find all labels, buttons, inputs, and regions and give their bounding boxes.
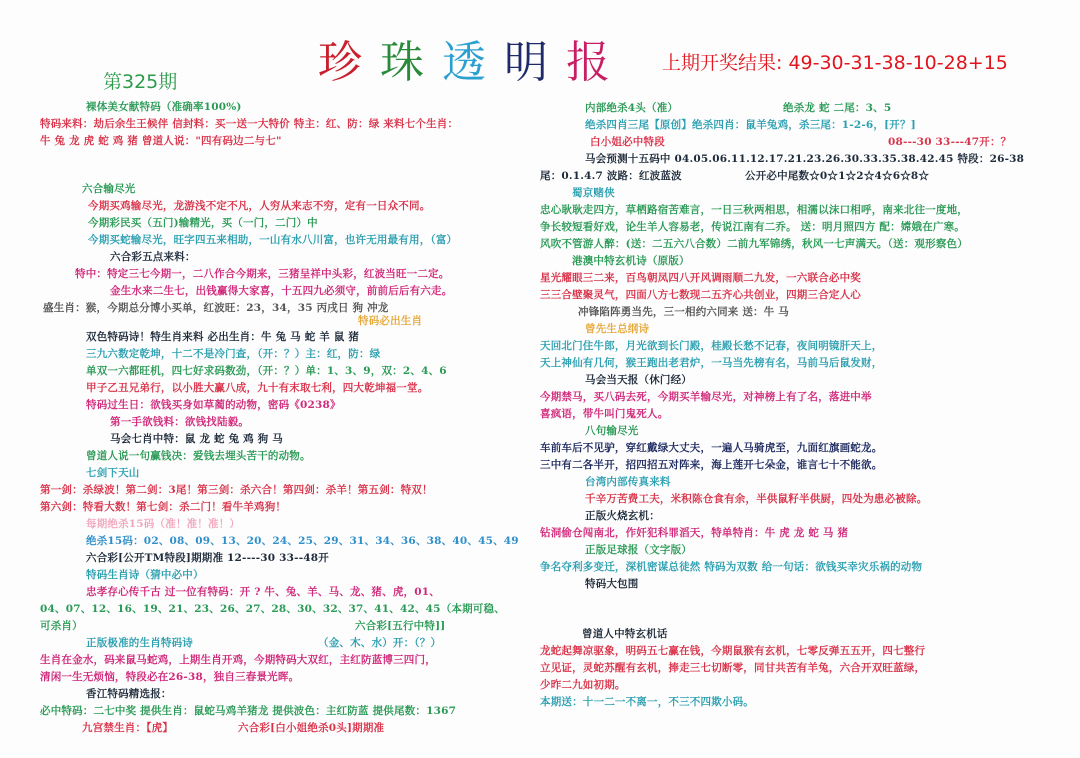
left-line-30a: 可杀肖） (40, 620, 83, 633)
right-line-26: 钻洞偷仓闯南北，作奸犯科罪滔天，特单特肖：牛 虎 龙 蛇 马 猪 (540, 527, 848, 540)
left-line-36b: 六合彩[白小姐绝杀0头]期期准 (238, 722, 384, 735)
right-line-11: 星光耀眼三二来，百鸟朝凤四八开风调雨顺二九发，一六联合必中奖 (540, 272, 861, 285)
right-line-31: 龙蛇起舞凉驱象，明码五七赢在钱，今期鼠猴有玄机，七零反弹五五开，四七整行 (540, 645, 925, 658)
right-line-6: 蜀京赌侠 (572, 187, 615, 200)
right-line-10: 港澳中特玄机诗（原版） (572, 255, 690, 268)
right-line-20: 八句输尽光 (585, 425, 639, 438)
right-line-1a: 内部绝杀4头（准） (585, 102, 678, 115)
left-line-2: 特码来料：劫后余生王候伴 信封料：买一送一大特价 特主：红、防：绿 来料七个生肖… (40, 118, 458, 131)
left-line-3: 牛 兔 龙 虎 蛇 鸡 猪 曾道人说："四有码边二与七" (40, 135, 282, 148)
left-line-5: 今期买鸡输尽光，龙游浅不定不凡，人穷从来志不穷，定有一日众不同。 (88, 200, 430, 213)
right-line-27: 正版足球报（文字版） (585, 544, 692, 557)
left-line-13: 双色特码诗！特生肖来料 必出生肖：牛 兔 马 蛇 羊 鼠 猪 (86, 331, 359, 344)
left-line-34: 香江特码精选报： (86, 688, 172, 701)
right-line-8: 争长较短看好戏，论生羊人容易老，传说江南有二乔。 送：明月照四方 配：嫦娥在广寒… (540, 221, 965, 234)
right-line-5a: 尾：0.1.4.7 波路：红波蓝波 (540, 170, 682, 183)
right-line-21: 车前车后不见驴，穿红戴绿大丈夫，一遍人马骑虎至，九面红旗画蛇龙。 (540, 442, 882, 455)
right-line-18: 今期禁马，买八码去死，今期买羊输尽光，对神榜上有了名，落进中举 (540, 391, 872, 404)
left-line-4: 六合输尽光 (82, 183, 136, 196)
left-line-28: 忠孝存心传千古 过一位有特码：开 ? 牛、兔、羊、马、龙、猪、虎，01、 (86, 586, 440, 599)
right-line-14: 曾先生总纲诗 (585, 323, 649, 336)
right-line-34: 本期送：十一二一不离一，不三不四欺小码。 (540, 696, 754, 709)
right-line-25: 正版火烧玄机： (585, 510, 660, 523)
title-char-3: 透 (442, 38, 496, 88)
right-line-3b: 08---30 33---47开：？ (888, 136, 1011, 149)
left-line-27: 特码生肖诗（猜中必中） (86, 569, 204, 582)
left-line-1: 裸体美女献特码（准确率100%) (86, 101, 242, 114)
left-line-32: 生肖在金水，码来鼠马蛇鸡，上期生肖开鸡，今期特码大双红，主红防蓝博三四门， (40, 654, 436, 667)
left-line-36a: 九宫禁生肖：【虎】 (82, 722, 173, 735)
left-line-8: 六合彩五点来料： (110, 251, 196, 264)
left-line-29: 04、07、12、16、19、21、23、26、27、28、30、32、37、4… (40, 603, 505, 616)
left-line-17: 特码过生日：欲钱买身如草蔺的动物，密码《0238》 (86, 399, 341, 412)
left-line-30b: 六合彩[五行中特]] (355, 620, 445, 633)
right-line-33: 少昨二九如初期。 (540, 679, 626, 692)
left-line-22: 第一剑：杀绿波！第二剑：3尾！第三剑：杀六合！第四剑：杀羊！第五剑：特双！ (40, 484, 433, 497)
title-char-1: 珍 (318, 38, 372, 88)
right-line-24: 千辛万苦费工夫，米积陈仓食有余，半供鼠籽半供厨，四处为患必被除。 (585, 493, 927, 506)
left-line-20: 曾道人说一句赢钱决：爱钱去埋头苦干的动物。 (86, 450, 311, 463)
title-char-4: 明 (504, 38, 558, 88)
right-line-1b: 绝杀龙 蛇 二尾：3、5 (783, 102, 891, 115)
title-char-5: 报 (566, 38, 620, 88)
right-line-9: 风吹不管游人醉：(送：二五六八合数）二前九军锦绣，秋风一七声满天。（送：观形察色… (540, 238, 968, 251)
left-line-6: 今期彩民买（五门)输精光，买（一门，二门）中 (88, 217, 318, 230)
left-line-11: 盛生肖：猴，今期总分博小买单，红波旺：23，34，35 丙戌日 狗 冲龙 (43, 302, 389, 315)
right-line-16: 天上神仙有几何，猴王跑出老君炉，一马当先榜有名，马前马后鼠发财， (540, 357, 882, 370)
left-line-16: 甲子乙丑兄弟行，以小胜大赢八成，九十有末取七利，四大乾坤福一堂。 (86, 382, 428, 395)
left-line-24: 每期绝杀15码（准！准！准！） (86, 518, 240, 531)
right-line-17: 马会当天报（休门经） (585, 374, 692, 387)
left-line-26: 六合彩[公开TM特段]期期准 12----30 33--48开 (86, 552, 329, 565)
right-line-7: 忠心耿耿走四方，草栖路宿苦难言，一日三秋两相思，相濡以沫口相呼，南来北往一度地， (540, 204, 968, 217)
left-line-14: 三九六数定乾坤，十二不是冷门查，（开：？）主：红，防：绿 (86, 348, 380, 361)
title-char-2: 珠 (380, 38, 434, 88)
right-line-23: 台湾内部传真来料 (585, 476, 671, 489)
left-line-31a: 正版极准的生肖特码诗 (86, 637, 193, 650)
newspaper-title: 珍珠透明报 (318, 38, 628, 88)
left-line-9: 特中：特定三七今期一，二八作合今期来，三猪呈祥中头彩，红波当旺一二定。 (75, 268, 450, 281)
left-line-7: 今期买蛇输尽光，旺字四五来相助，一山有水八川富，也许无用最有用，（富） (88, 234, 457, 247)
left-line-19: 马会七肖中特：鼠 龙 蛇 兔 鸡 狗 马 (110, 433, 283, 446)
last-result: 上期开奖结果: 49-30-31-38-10-28+15 (662, 48, 1008, 75)
right-line-5b: 公开必中尾数☆0☆1☆2☆4☆6☆8☆ (745, 170, 929, 183)
right-line-22: 三中有二各半开，招四招五对阵来，海上莲开七朵金，谁言七十不能欲。 (540, 459, 882, 472)
right-line-2: 绝杀四肖三尾【原创】绝杀四肖：鼠羊兔鸡，杀三尾：1-2-6，[开？] (585, 119, 916, 132)
right-line-29: 特码大包围 (585, 578, 639, 591)
left-line-15: 单双一六都旺机，四七好求码数劲，（开：？）单：1、3、9，双：2、4、6 (86, 365, 447, 378)
right-line-30: 曾道人中特玄机话 (582, 628, 668, 641)
left-line-10: 金生水来二生七，出钱赢得大家喜，十五四九必须守，前前后后有六走。 (110, 285, 452, 298)
issue-number: 第325期 (103, 67, 177, 94)
left-line-35: 必中特码：二七中奖 提供生肖：鼠蛇马鸡羊猪龙 提供波色：主红防蓝 提供尾数：13… (40, 705, 456, 718)
left-line-12: 特码必出生肖 (358, 315, 422, 328)
right-line-28: 争名夺利多变迁，深机密谋总徒然 特码为双数 给一句话：欲钱买幸灾乐祸的动物 (540, 561, 922, 574)
right-line-3a: 白小姐必中特段 (590, 136, 665, 149)
right-line-4: 马会预测十五码中 04.05.06.11.12.17.21.23.26.30.3… (585, 153, 1024, 166)
left-line-18: 第一手欲钱料：欲钱找陆毅。 (110, 416, 249, 429)
left-line-21: 七剑下天山 (86, 467, 140, 480)
left-line-25: 绝杀15码：02、08、09、13、20、24、25、29、31、34、36、3… (86, 535, 519, 548)
left-line-31b: （金、木、水）开：（？） (318, 637, 441, 650)
right-line-15: 天回北门住牛郎，月光欲到长门殿，桂殿长愁不记春，夜间明镜肝天上， (540, 340, 882, 353)
right-line-32: 立见证，灵蛇苏醒有玄机，捧走三七切断零，同甘共苦有羊兔，六合开双旺蓝绿， (540, 662, 925, 675)
left-line-23: 第六剑：特看大数！第七剑：杀二门！看牛羊鸡狗！ (40, 501, 286, 514)
right-line-13: 冲锋陷阵勇当先，三一相约六同来 送：牛 马 (578, 306, 789, 319)
right-line-19: 喜疯语，带牛叫门鬼死人。 (540, 408, 668, 421)
left-line-33: 清闲一生无烦恼，特段必在26-38，独自三春景光晖。 (40, 671, 299, 684)
right-line-12: 三三合壁聚灵气，四面八方七数现二五齐心共创业，四期三合定人心 (540, 289, 861, 302)
